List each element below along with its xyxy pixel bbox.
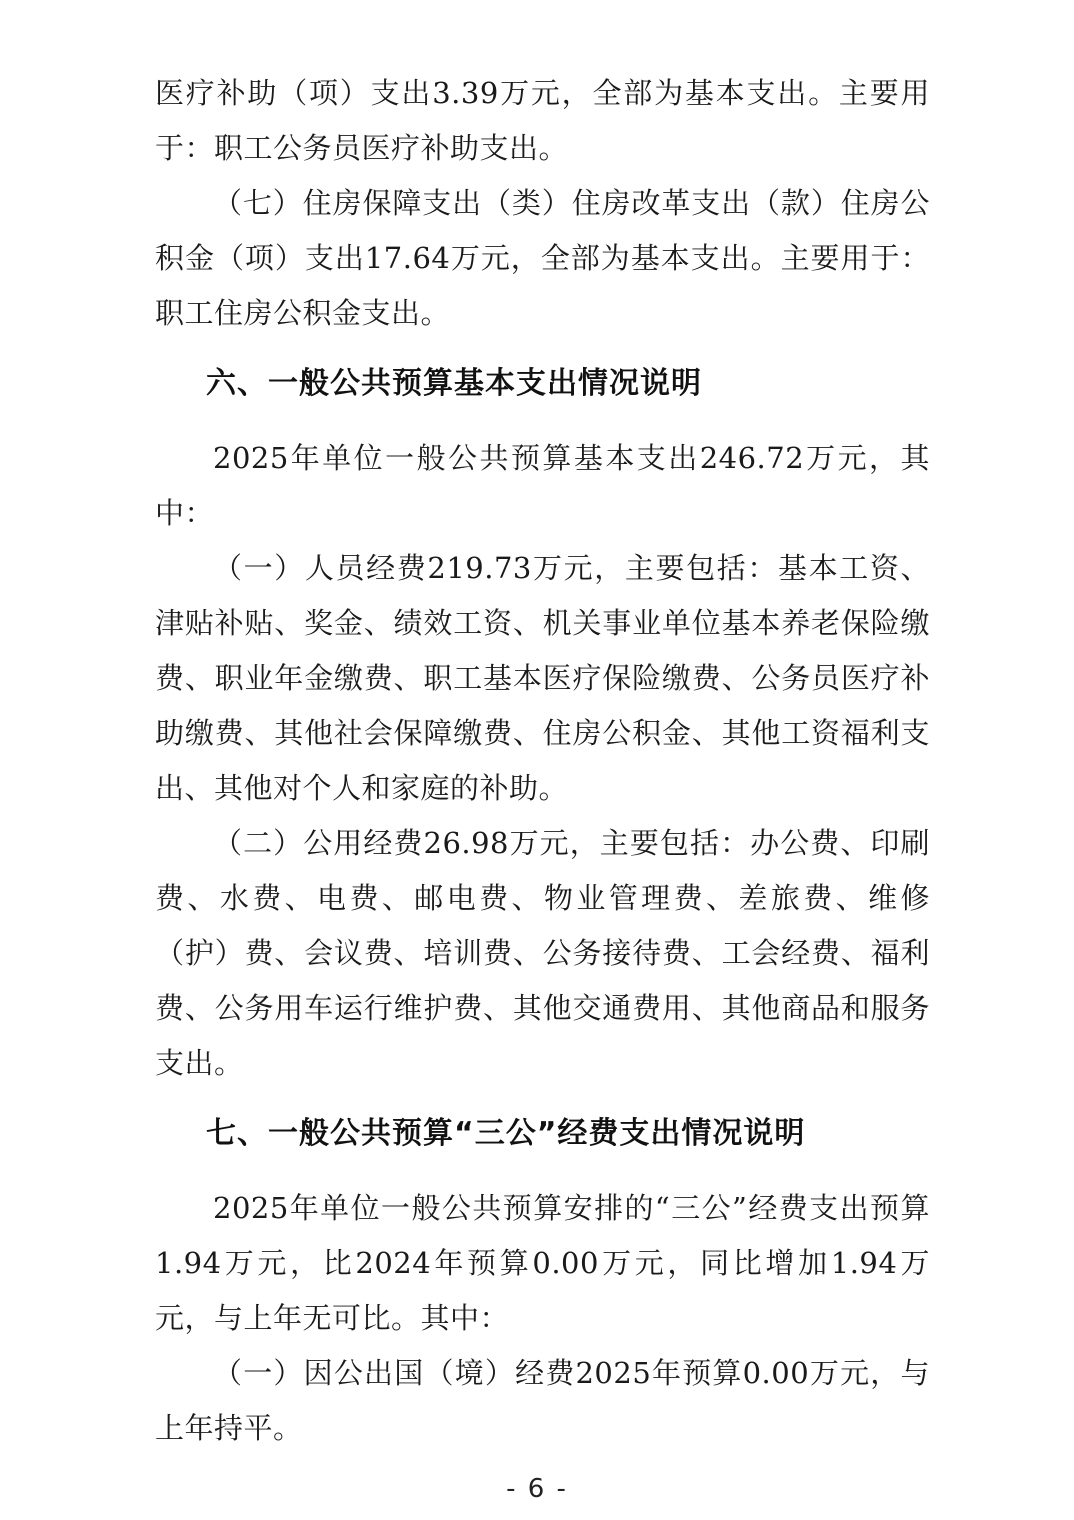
page-number: - 6 - [0,1474,1074,1504]
section-heading: 六、一般公共预算基本支出情况说明 [155,356,930,411]
paragraph: 医疗补助（项）支出3.39万元，全部为基本支出。主要用于：职工公务员医疗补助支出… [155,66,930,176]
document-body: 医疗补助（项）支出3.39万元，全部为基本支出。主要用于：职工公务员医疗补助支出… [155,66,930,1456]
paragraph: （一）因公出国（境）经费2025年预算0.00万元，与上年持平。 [155,1346,930,1456]
paragraph: （二）公用经费26.98万元，主要包括：办公费、印刷费、水费、电费、邮电费、物业… [155,816,930,1091]
document-page: 医疗补助（项）支出3.39万元，全部为基本支出。主要用于：职工公务员医疗补助支出… [0,0,1074,1520]
paragraph: 2025年单位一般公共预算安排的“三公”经费支出预算1.94万元，比2024年预… [155,1181,930,1346]
paragraph: 2025年单位一般公共预算基本支出246.72万元，其中： [155,431,930,541]
paragraph: （七）住房保障支出（类）住房改革支出（款）住房公积金（项）支出17.64万元，全… [155,176,930,341]
paragraph: （一）人员经费219.73万元，主要包括：基本工资、津贴补贴、奖金、绩效工资、机… [155,541,930,816]
section-heading: 七、一般公共预算“三公”经费支出情况说明 [155,1106,930,1161]
